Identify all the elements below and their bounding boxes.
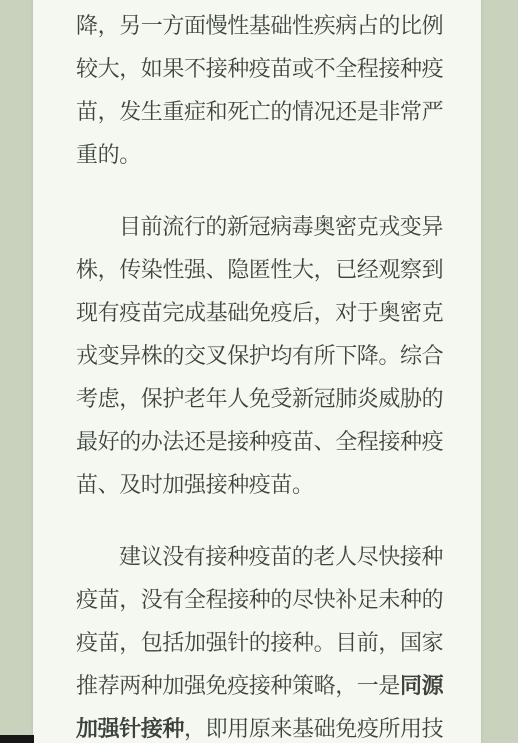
text-line: 降，另一方面慢性基础性疾病占的比例 — [76, 4, 443, 47]
paragraph: 目前流行的新冠病毒奥密克戎变异株，传染性强、隐匿性大，已经观察到现有疫苗完成基础… — [76, 205, 443, 506]
text-line: 推荐两种加强免疫接种策略，一是同源 — [76, 664, 443, 707]
text-segment: 考虑，保护老年人免受新冠肺炎威胁的 — [76, 386, 443, 411]
text-line: 疫苗，没有全程接种的尽快补足未种的 — [76, 578, 443, 621]
text-line: 加强针接种，即用原来基础免疫所用技 — [76, 707, 443, 743]
text-line: 苗、及时加强接种疫苗。 — [76, 463, 443, 506]
text-segment: 建议没有接种疫苗的老人尽快接种 — [119, 544, 443, 569]
text-segment: ，即用原来基础免疫所用技 — [184, 716, 443, 741]
text-segment: 降，另一方面慢性基础性疾病占的比例 — [76, 13, 443, 38]
text-line: 最好的办法还是接种疫苗、全程接种疫 — [76, 420, 443, 463]
text-segment: 较大，如果不接种疫苗或不全程接种疫 — [76, 56, 443, 81]
paragraph: 建议没有接种疫苗的老人尽快接种疫苗，没有全程接种的尽快补足未种的疫苗，包括加强针… — [76, 535, 443, 743]
text-segment: 疫苗，没有全程接种的尽快补足未种的 — [76, 587, 443, 612]
bold-text: 同源 — [400, 673, 443, 698]
text-line: 较大，如果不接种疫苗或不全程接种疫 — [76, 47, 443, 90]
text-segment: 疫苗，包括加强针的接种。目前，国家 — [76, 630, 443, 655]
text-line: 戎变异株的交叉保护均有所下降。综合 — [76, 334, 443, 377]
text-line: 疫苗，包括加强针的接种。目前，国家 — [76, 621, 443, 664]
text-line: 重的。 — [76, 133, 443, 176]
article-panel: 降，另一方面慢性基础性疾病占的比例较大，如果不接种疫苗或不全程接种疫苗，发生重症… — [33, 0, 481, 743]
text-line: 株，传染性强、隐匿性大，已经观察到 — [76, 248, 443, 291]
text-line: 考虑，保护老年人免受新冠肺炎威胁的 — [76, 377, 443, 420]
text-segment: 苗、及时加强接种疫苗。 — [76, 472, 314, 497]
text-segment: 现有疫苗完成基础免疫后，对于奥密克 — [76, 300, 443, 325]
text-segment: 重的。 — [76, 142, 141, 167]
text-segment: 苗，发生重症和死亡的情况还是非常严 — [76, 99, 443, 124]
text-segment: 戎变异株的交叉保护均有所下降。综合 — [76, 343, 443, 368]
text-line: 目前流行的新冠病毒奥密克戎变异 — [76, 205, 443, 248]
paragraph: 降，另一方面慢性基础性疾病占的比例较大，如果不接种疫苗或不全程接种疫苗，发生重症… — [76, 4, 443, 176]
text-line: 建议没有接种疫苗的老人尽快接种 — [76, 535, 443, 578]
page-background: 降，另一方面慢性基础性疾病占的比例较大，如果不接种疫苗或不全程接种疫苗，发生重症… — [0, 0, 518, 743]
text-segment: 最好的办法还是接种疫苗、全程接种疫 — [76, 429, 443, 454]
text-segment: 目前流行的新冠病毒奥密克戎变异 — [119, 214, 443, 239]
text-line: 现有疫苗完成基础免疫后，对于奥密克 — [76, 291, 443, 334]
text-segment: 推荐两种加强免疫接种策略，一是 — [76, 673, 400, 698]
bottom-left-artifact — [0, 735, 34, 743]
text-segment: 株，传染性强、隐匿性大，已经观察到 — [76, 257, 443, 282]
article-body: 降，另一方面慢性基础性疾病占的比例较大，如果不接种疫苗或不全程接种疫苗，发生重症… — [33, 0, 481, 743]
text-line: 苗，发生重症和死亡的情况还是非常严 — [76, 90, 443, 133]
bold-text: 加强针接种 — [76, 716, 184, 741]
